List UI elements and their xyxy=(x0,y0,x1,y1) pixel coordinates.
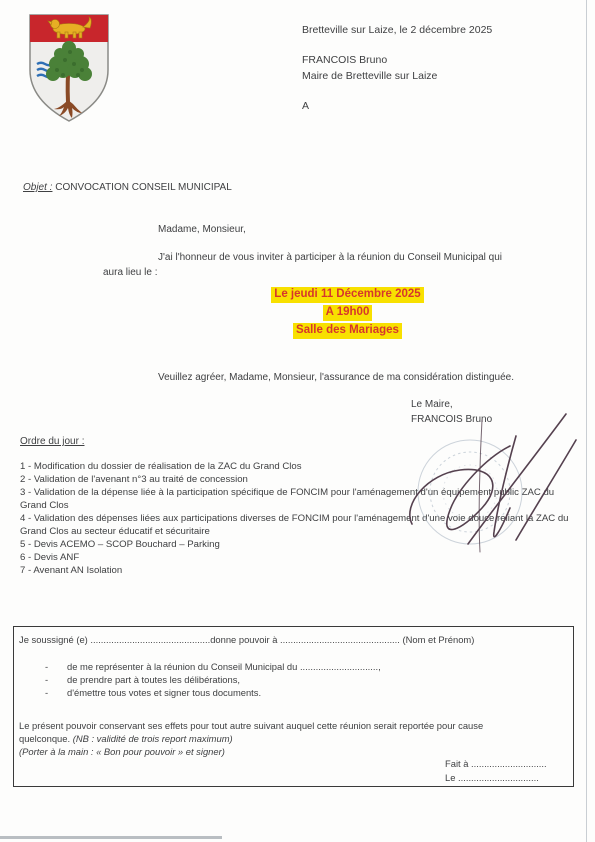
scanned-letter-page: { "letterhead": { "coat_of_arms_icon": "… xyxy=(0,0,595,842)
proxy-note-line1: Le présent pouvoir conservant ses effets… xyxy=(19,720,483,731)
proxy-note: Le présent pouvoir conservant ses effets… xyxy=(19,719,559,758)
agenda-item: 6 - Devis ANF xyxy=(20,551,578,564)
subject-text: CONVOCATION CONSEIL MUNICIPAL xyxy=(55,182,232,193)
subject-line: Objet : CONVOCATION CONSEIL MUNICIPAL xyxy=(23,182,232,193)
done-on-field: Le ............................... xyxy=(445,771,570,785)
meeting-time: A 19h00 xyxy=(323,305,373,321)
coat-of-arms-icon xyxy=(27,12,111,124)
scan-edge-bottom xyxy=(0,836,222,839)
signature-title: Le Maire, xyxy=(411,397,492,412)
agenda-item: 7 - Avenant AN Isolation xyxy=(20,564,578,577)
city-date-line: Bretteville sur Laize, le 2 décembre 202… xyxy=(302,22,582,38)
salutation: Madame, Monsieur, xyxy=(158,224,246,235)
spacer xyxy=(302,38,582,52)
agenda-item: 2 - Validation de l'avenant n°3 au trait… xyxy=(20,473,578,486)
subject-label: Objet : xyxy=(23,182,52,193)
agenda-heading: Ordre du jour : xyxy=(20,436,84,447)
signature-date-fields: Fait à ............................. Le … xyxy=(445,757,570,784)
signature-block: Le Maire, FRANCOIS Bruno xyxy=(411,397,492,427)
proxy-intro-line: Je soussigné (e) .......................… xyxy=(19,634,569,645)
letterhead: Bretteville sur Laize, le 2 décembre 202… xyxy=(302,22,582,114)
meeting-date: Le jeudi 11 Décembre 2025 xyxy=(271,287,423,303)
agenda-item: 5 - Devis ACEMO – SCOP Bouchard – Parkin… xyxy=(20,538,578,551)
proxy-note-line2: quelconque. xyxy=(19,733,73,744)
recipient-prefix: A xyxy=(302,98,582,114)
spacer xyxy=(302,84,582,98)
proxy-bullet: de me représenter à la réunion du Consei… xyxy=(45,660,545,673)
meeting-place: Salle des Mariages xyxy=(293,323,402,339)
agenda-item: 3 - Validation de la dépense liée à la p… xyxy=(20,486,578,512)
proxy-note-nb: (NB : validité de trois report maximum) xyxy=(73,733,233,744)
proxy-bullet: d'émettre tous votes et signer tous docu… xyxy=(45,686,545,699)
meeting-highlight-block: Le jeudi 11 Décembre 2025 A 19h00 Salle … xyxy=(0,285,595,339)
intro-line-1: J'ai l'honneur de vous inviter à partici… xyxy=(158,252,502,263)
proxy-bullet: de prendre part à toutes les délibératio… xyxy=(45,673,545,686)
sender-name: FRANCOIS Bruno xyxy=(302,52,582,68)
sender-title: Maire de Bretteville sur Laize xyxy=(302,68,582,84)
agenda-item: 1 - Modification du dossier de réalisati… xyxy=(20,460,578,473)
proxy-bullet-list: de me représenter à la réunion du Consei… xyxy=(45,660,545,700)
agenda-list: 1 - Modification du dossier de réalisati… xyxy=(20,460,578,577)
intro-line-2: aura lieu le : xyxy=(103,267,157,278)
scan-edge-right xyxy=(586,0,587,842)
done-at-field: Fait à ............................. xyxy=(445,757,570,771)
agenda-item: 4 - Validation des dépenses liées aux pa… xyxy=(20,512,578,538)
signature-name: FRANCOIS Bruno xyxy=(411,412,492,427)
closing-formula: Veuillez agréer, Madame, Monsieur, l'ass… xyxy=(158,372,578,383)
